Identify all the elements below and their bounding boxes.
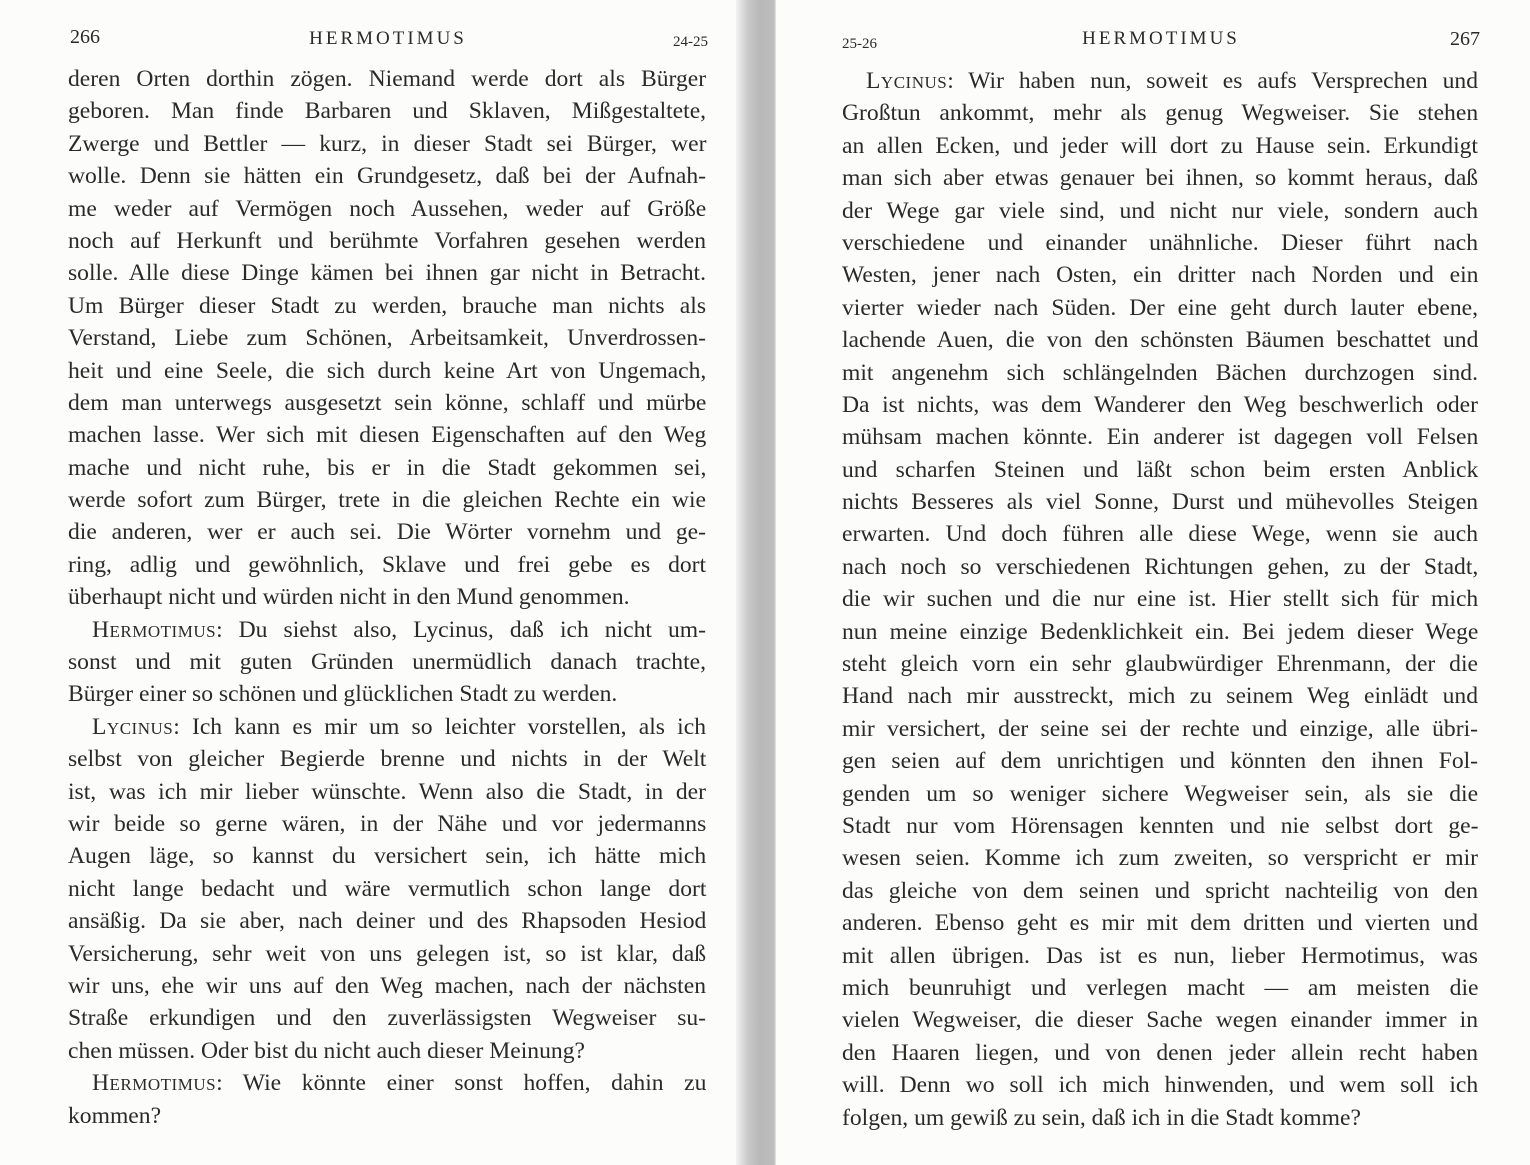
text-line: Zwerge und Bettler — kurz, in dieser Sta… — [68, 128, 706, 160]
text-line: chen müssen. Oder bist du nicht auch die… — [68, 1035, 706, 1067]
line-text: die anderen, wer er auch sei. Die Wörter… — [68, 519, 706, 545]
line-text: vielen Wegweiser, die dieser Sache wegen… — [842, 1007, 1478, 1033]
text-line: geboren. Man finde Barbaren und Sklaven,… — [68, 95, 706, 127]
body-text-right: Lycinus: Wir haben nun, soweit es aufs V… — [842, 65, 1478, 1134]
line-text: ring, adlig und gewöhnlich, Sklave und f… — [68, 552, 706, 578]
line-text: nun meine einzige Bedenklichkeit ein. Be… — [842, 619, 1478, 645]
line-text: : Wir haben nun, soweit es aufs Versprec… — [947, 68, 1478, 94]
text-line: ist, was ich mir lieber wünschte. Wenn a… — [68, 776, 706, 808]
line-text: nach noch so verschiedenen Richtungen ge… — [842, 554, 1478, 580]
line-text: Straße erkundigen und den zuverlässigste… — [68, 1005, 706, 1031]
line-text: und scharfen Steinen und läßt schon beim… — [842, 457, 1478, 483]
line-text: wir uns, ehe wir uns auf den Weg machen,… — [68, 973, 706, 999]
line-text: den Haaren liegen, und von denen jeder a… — [842, 1040, 1478, 1066]
line-text: die wir suchen und die nur eine ist. Hie… — [842, 586, 1478, 612]
text-line: steht gleich vorn ein sehr glaubwürdiger… — [842, 648, 1478, 680]
text-line: mich beunruhigt und verlegen macht — am … — [842, 972, 1478, 1004]
text-line: heit und eine Seele, die sich durch kein… — [68, 355, 706, 387]
line-text: vierter wieder nach Süden. Der eine geht… — [842, 295, 1478, 321]
dialogue-line-start: Hermotimus: Wie könnte einer sonst hoffe… — [68, 1067, 706, 1099]
text-line: und scharfen Steinen und läßt schon beim… — [842, 454, 1478, 486]
line-text: verschiedene und einander unähnliche. Di… — [842, 230, 1478, 256]
text-line: an allen Ecken, und jeder will dort zu H… — [842, 130, 1478, 162]
line-text: chen müssen. Oder bist du nicht auch die… — [68, 1038, 585, 1064]
text-line: Da ist nichts, was dem Wanderer den Weg … — [842, 389, 1478, 421]
running-head-left: 266 HERMOTIMUS 24-25 — [68, 26, 708, 56]
text-line: Westen, jener nach Osten, ein dritter na… — [842, 259, 1478, 291]
line-text: Zwerge und Bettler — kurz, in dieser Sta… — [68, 131, 706, 157]
line-text: will. Denn wo soll ich mich hinwenden, u… — [842, 1072, 1478, 1098]
text-line: wolle. Denn sie hätten ein Grundgesetz, … — [68, 160, 706, 192]
line-text: gen seien auf dem unrichtigen und könnte… — [842, 748, 1478, 774]
text-line: mit angenehm sich schlängelnden Bächen d… — [842, 357, 1478, 389]
text-line: man sich aber etwas genauer bei ihnen, s… — [842, 162, 1478, 194]
line-text: Augen läge, so kannst du versichert sein… — [68, 843, 706, 869]
line-text: : Du siehst also, Lycinus, daß ich nicht… — [216, 617, 706, 643]
line-text: : Wie könnte einer sonst hoffen, dahin z… — [216, 1070, 706, 1096]
line-text: werde sofort zum Bürger, trete in die gl… — [68, 487, 706, 513]
line-text: kommen? — [68, 1103, 161, 1129]
text-line: überhaupt nicht und würden nicht in den … — [68, 581, 706, 613]
text-line: ring, adlig und gewöhnlich, Sklave und f… — [68, 549, 706, 581]
text-line: noch auf Herkunft und berühmte Vorfahren… — [68, 225, 706, 257]
line-text: erwarten. Und doch führen alle diese Weg… — [842, 521, 1478, 547]
line-text: geboren. Man finde Barbaren und Sklaven,… — [68, 98, 706, 124]
right-page: 25-26 HERMOTIMUS 267 Lycinus: Wir haben … — [776, 0, 1530, 1165]
line-text: wolle. Denn sie hätten ein Grundgesetz, … — [68, 163, 706, 189]
book-spread: 266 HERMOTIMUS 24-25 deren Orten dorthin… — [0, 0, 1530, 1165]
text-line: nach noch so verschiedenen Richtungen ge… — [842, 551, 1478, 583]
text-line: Großtun ankommt, mehr als genug Wegweise… — [842, 97, 1478, 129]
text-line: verschiedene und einander unähnliche. Di… — [842, 227, 1478, 259]
text-line: wir beide so gerne wären, in der Nähe un… — [68, 808, 706, 840]
line-text: Verstand, Liebe zum Schönen, Arbeitsamke… — [68, 325, 706, 351]
text-line: den Haaren liegen, und von denen jeder a… — [842, 1037, 1478, 1069]
book-gutter — [736, 0, 776, 1165]
text-line: Stadt nur vom Hörensagen kennten und nie… — [842, 810, 1478, 842]
line-text: Versicherung, sehr weit von uns gelegen … — [68, 941, 706, 967]
line-text: man sich aber etwas genauer bei ihnen, s… — [842, 165, 1478, 191]
text-line: solle. Alle diese Dinge kämen bei ihnen … — [68, 257, 706, 289]
text-line: werde sofort zum Bürger, trete in die gl… — [68, 484, 706, 516]
text-line: wesen seien. Komme ich zum zweiten, so v… — [842, 842, 1478, 874]
text-line: gen seien auf dem unrichtigen und könnte… — [842, 745, 1478, 777]
line-text: deren Orten dorthin zögen. Niemand werde… — [68, 66, 706, 92]
text-line: mir versichert, der seine sei der rechte… — [842, 713, 1478, 745]
left-page: 266 HERMOTIMUS 24-25 deren Orten dorthin… — [0, 0, 738, 1165]
line-text: heit und eine Seele, die sich durch kein… — [68, 358, 706, 384]
text-line: dem man unterwegs ausgesetzt sein könne,… — [68, 387, 706, 419]
line-text: an allen Ecken, und jeder will dort zu H… — [842, 133, 1478, 159]
line-text: Westen, jener nach Osten, ein dritter na… — [842, 262, 1478, 288]
line-text: der Wege gar viele sind, und nicht nur v… — [842, 198, 1478, 224]
text-line: machen lasse. Wer sich mit diesen Eigens… — [68, 419, 706, 451]
line-text: machen lasse. Wer sich mit diesen Eigens… — [68, 422, 706, 448]
line-text: das gleiche von dem seinen und spricht n… — [842, 878, 1478, 904]
line-text: Da ist nichts, was dem Wanderer den Weg … — [842, 392, 1478, 418]
text-line: me weder auf Vermögen noch Aussehen, wed… — [68, 193, 706, 225]
line-text: Um Bürger dieser Stadt zu werden, brauch… — [68, 293, 706, 319]
text-line: nichts Besseres als viel Sonne, Durst un… — [842, 486, 1478, 518]
text-line: mache und nicht ruhe, bis er in die Stad… — [68, 452, 706, 484]
running-head-right: 25-26 HERMOTIMUS 267 — [842, 26, 1480, 56]
line-text: folgen, um gewiß zu sein, daß ich in die… — [842, 1105, 1361, 1131]
line-text: nicht lange bedacht und wäre vermutlich … — [68, 876, 706, 902]
speaker-name: Hermotimus — [92, 617, 216, 643]
text-line: lachende Auen, die von den schönsten Bäu… — [842, 324, 1478, 356]
page-number: 267 — [1450, 28, 1480, 51]
speaker-name: Hermotimus — [92, 1070, 216, 1096]
text-line: anderen. Ebenso geht es mir mit dem drit… — [842, 907, 1478, 939]
text-line: selbst von gleicher Begierde brenne und … — [68, 743, 706, 775]
text-line: die anderen, wer er auch sei. Die Wörter… — [68, 516, 706, 548]
line-text: wir beide so gerne wären, in der Nähe un… — [68, 811, 706, 837]
line-text: steht gleich vorn ein sehr glaubwürdiger… — [842, 651, 1478, 677]
text-line: mit allen übrigen. Das ist es nun, liebe… — [842, 940, 1478, 972]
line-text: nichts Besseres als viel Sonne, Durst un… — [842, 489, 1478, 515]
line-text: Großtun ankommt, mehr als genug Wegweise… — [842, 100, 1478, 126]
text-line: genden um so weniger sichere Wegweiser s… — [842, 778, 1478, 810]
text-line: will. Denn wo soll ich mich hinwenden, u… — [842, 1069, 1478, 1101]
text-line: Versicherung, sehr weit von uns gelegen … — [68, 938, 706, 970]
text-line: Hand nach mir ausstreckt, mich zu seinem… — [842, 680, 1478, 712]
line-text: ist, was ich mir lieber wünschte. Wenn a… — [68, 779, 706, 805]
text-line: mühsam machen könnte. Ein anderer ist da… — [842, 421, 1478, 453]
dialogue-line-start: Hermotimus: Du siehst also, Lycinus, daß… — [68, 614, 706, 646]
speaker-name: Lycinus — [92, 714, 173, 740]
text-line: vierter wieder nach Süden. Der eine geht… — [842, 292, 1478, 324]
line-text: ansäßig. Da sie aber, nach deiner und de… — [68, 908, 706, 934]
text-line: deren Orten dorthin zögen. Niemand werde… — [68, 63, 706, 95]
line-text: Bürger einer so schönen und glücklichen … — [68, 681, 617, 707]
line-text: wesen seien. Komme ich zum zweiten, so v… — [842, 845, 1478, 871]
line-text: selbst von gleicher Begierde brenne und … — [68, 746, 706, 772]
text-line: ansäßig. Da sie aber, nach deiner und de… — [68, 905, 706, 937]
line-text: noch auf Herkunft und berühmte Vorfahren… — [68, 228, 706, 254]
line-text: me weder auf Vermögen noch Aussehen, wed… — [68, 196, 706, 222]
text-line: nicht lange bedacht und wäre vermutlich … — [68, 873, 706, 905]
line-text: genden um so weniger sichere Wegweiser s… — [842, 781, 1478, 807]
text-line: das gleiche von dem seinen und spricht n… — [842, 875, 1478, 907]
text-line: folgen, um gewiß zu sein, daß ich in die… — [842, 1102, 1478, 1134]
text-line: Straße erkundigen und den zuverlässigste… — [68, 1002, 706, 1034]
text-line: sonst und mit guten Gründen unermüdlich … — [68, 646, 706, 678]
line-text: : Ich kann es mir um so leichter vorstel… — [173, 714, 706, 740]
line-text: dem man unterwegs ausgesetzt sein könne,… — [68, 390, 706, 416]
line-text: mir versichert, der seine sei der rechte… — [842, 716, 1478, 742]
text-line: Bürger einer so schönen und glücklichen … — [68, 678, 706, 710]
line-text: lachende Auen, die von den schönsten Bäu… — [842, 327, 1478, 353]
line-text: Stadt nur vom Hörensagen kennten und nie… — [842, 813, 1478, 839]
text-line: die wir suchen und die nur eine ist. Hie… — [842, 583, 1478, 615]
text-line: nun meine einzige Bedenklichkeit ein. Be… — [842, 616, 1478, 648]
text-line: Um Bürger dieser Stadt zu werden, brauch… — [68, 290, 706, 322]
line-text: sonst und mit guten Gründen unermüdlich … — [68, 649, 706, 675]
line-text: Hand nach mir ausstreckt, mich zu seinem… — [842, 683, 1478, 709]
line-text: mühsam machen könnte. Ein anderer ist da… — [842, 424, 1478, 450]
text-line: Augen läge, so kannst du versichert sein… — [68, 840, 706, 872]
text-line: Verstand, Liebe zum Schönen, Arbeitsamke… — [68, 322, 706, 354]
body-text-left: deren Orten dorthin zögen. Niemand werde… — [68, 63, 706, 1132]
text-line: kommen? — [68, 1100, 706, 1132]
line-text: mich beunruhigt und verlegen macht — am … — [842, 975, 1478, 1001]
line-text: mache und nicht ruhe, bis er in die Stad… — [68, 455, 706, 481]
dialogue-line-start: Lycinus: Ich kann es mir um so leichter … — [68, 711, 706, 743]
text-line: erwarten. Und doch führen alle diese Weg… — [842, 518, 1478, 550]
line-text: überhaupt nicht und würden nicht in den … — [68, 584, 630, 610]
dialogue-line-start: Lycinus: Wir haben nun, soweit es aufs V… — [842, 65, 1478, 97]
text-line: der Wege gar viele sind, und nicht nur v… — [842, 195, 1478, 227]
line-text: anderen. Ebenso geht es mir mit dem drit… — [842, 910, 1478, 936]
line-text: mit allen übrigen. Das ist es nun, liebe… — [842, 943, 1478, 969]
running-title: HERMOTIMUS — [842, 28, 1480, 50]
line-text: solle. Alle diese Dinge kämen bei ihnen … — [68, 260, 706, 286]
text-line: wir uns, ehe wir uns auf den Weg machen,… — [68, 970, 706, 1002]
running-title: HERMOTIMUS — [68, 28, 708, 50]
section-range: 24-25 — [673, 34, 708, 51]
speaker-name: Lycinus — [866, 68, 947, 94]
line-text: mit angenehm sich schlängelnden Bächen d… — [842, 360, 1478, 386]
text-line: vielen Wegweiser, die dieser Sache wegen… — [842, 1004, 1478, 1036]
